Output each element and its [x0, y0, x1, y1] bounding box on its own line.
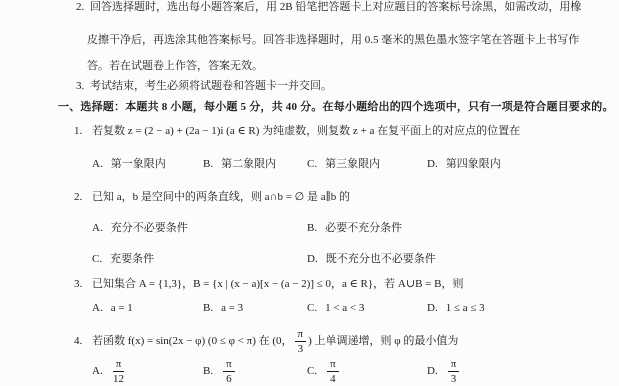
- question-text: 已知集合 A = {1,3}，B = {x | (x − a)[x − (a −…: [92, 278, 463, 290]
- option-a: A.充分不必要条件: [92, 221, 307, 236]
- exam-page: 2.回答选择题时，选出每小题答案后，用 2B 铅笔把答题卡上对应题目的答案标号涂…: [0, 0, 619, 386]
- fraction-numerator: π: [448, 358, 460, 372]
- fraction-denominator: 12: [113, 372, 125, 385]
- fraction-denominator: 3: [448, 372, 460, 385]
- instruction-number: 3.: [76, 79, 90, 94]
- question-2-options-row-1: A.充分不必要条件 B.必要不充分条件: [92, 221, 402, 236]
- option-text: a = 3: [221, 302, 243, 314]
- option-text: 1 < a < 3: [325, 302, 364, 314]
- option-d: D.π3: [427, 358, 461, 385]
- option-label: C.: [92, 253, 102, 265]
- instruction-text: 答。若在试题卷上作答，答案无效。: [87, 60, 263, 72]
- fraction: π6: [223, 358, 235, 385]
- question-1-options: A.第一象限内 B.第二象限内 C.第三象限内 D.第四象限内: [92, 157, 501, 172]
- fraction: π3: [295, 328, 307, 355]
- question-number: 3.: [74, 277, 92, 292]
- option-text: 第三象限内: [325, 158, 380, 170]
- instruction-item-2-line-2: 皮擦干净后，再选涂其他答案标号。回答非选择题时，用 0.5 毫米的黑色墨水签字笔…: [87, 33, 579, 48]
- option-c: C.第三象限内: [307, 157, 427, 172]
- option-text: 第二象限内: [221, 158, 276, 170]
- option-text: a = 1: [111, 302, 133, 314]
- fraction: π4: [327, 358, 339, 385]
- question-3-options: A.a = 1 B.a = 3 C.1 < a < 3 D.1 ≤ a ≤ 3: [92, 301, 485, 316]
- option-label: C.: [307, 158, 317, 170]
- question-4-stem: 4.若函数 f(x) = sin(2x − φ) (0 ≤ φ < π) 在 (…: [74, 328, 458, 355]
- option-text: 既不充分也不必要条件: [326, 253, 436, 265]
- option-label: D.: [427, 302, 438, 314]
- fraction-numerator: π: [223, 358, 235, 372]
- question-text-pre: 若函数 f(x) = sin(2x − φ) (0 ≤ φ < π) 在 (0，: [92, 335, 293, 347]
- option-label: A.: [92, 365, 103, 377]
- option-d: D.1 ≤ a ≤ 3: [427, 301, 485, 316]
- option-label: D.: [427, 365, 438, 377]
- instruction-item-2-line-1: 2.回答选择题时，选出每小题答案后，用 2B 铅笔把答题卡上对应题目的答案标号涂…: [76, 0, 581, 15]
- option-text: 充分不必要条件: [111, 222, 188, 234]
- option-label: C.: [307, 302, 317, 314]
- option-d: D.既不充分也不必要条件: [307, 252, 436, 267]
- question-4-options: A.π12 B.π6 C.π4 D.π3: [92, 358, 461, 385]
- option-label: A.: [92, 158, 103, 170]
- fraction-numerator: π: [327, 358, 339, 372]
- section-header: 一、选择题：本题共 8 小题，每小题 5 分，共 40 分。在每小题给出的四个选…: [58, 100, 614, 115]
- question-text-post: ) 上单调递增，则 φ 的最小值为: [308, 335, 458, 347]
- option-label: D.: [427, 158, 438, 170]
- option-text: 必要不充分条件: [325, 222, 402, 234]
- option-label: D.: [307, 253, 318, 265]
- instruction-number: 2.: [76, 0, 90, 15]
- instruction-item-2-line-3: 答。若在试题卷上作答，答案无效。: [87, 59, 263, 74]
- option-a: A.第一象限内: [92, 157, 203, 172]
- option-label: B.: [307, 222, 317, 234]
- option-b: B.a = 3: [203, 301, 307, 316]
- question-number: 4.: [74, 334, 92, 349]
- option-label: C.: [307, 365, 317, 377]
- question-number: 1.: [74, 124, 92, 139]
- question-2-options-row-2: C.充要条件 D.既不充分也不必要条件: [92, 252, 436, 267]
- option-label: A.: [92, 222, 103, 234]
- question-text: 若复数 z = (2 − a) + (2a − 1)i (a ∈ R) 为纯虚数…: [92, 125, 520, 137]
- question-2-stem: 2.已知 a，b 是空间中的两条直线，则 a∩b = ∅ 是 a∥b 的: [74, 190, 350, 205]
- option-text: 第四象限内: [446, 158, 501, 170]
- fraction-denominator: 4: [327, 372, 339, 385]
- fraction: π12: [113, 358, 125, 385]
- question-text: 已知 a，b 是空间中的两条直线，则 a∩b = ∅ 是 a∥b 的: [92, 191, 350, 203]
- question-1-stem: 1.若复数 z = (2 − a) + (2a − 1)i (a ∈ R) 为纯…: [74, 124, 520, 139]
- option-b: B.π6: [203, 358, 307, 385]
- question-3-stem: 3.已知集合 A = {1,3}，B = {x | (x − a)[x − (a…: [74, 277, 463, 292]
- option-label: A.: [92, 302, 103, 314]
- fraction-numerator: π: [295, 328, 307, 342]
- option-a: A.π12: [92, 358, 203, 385]
- option-c: C.π4: [307, 358, 427, 385]
- option-text: 第一象限内: [111, 158, 166, 170]
- fraction-numerator: π: [113, 358, 125, 372]
- instruction-text: 考试结束，考生必须将试题卷和答题卡一并交回。: [90, 80, 332, 92]
- option-a: A.a = 1: [92, 301, 203, 316]
- option-label: B.: [203, 302, 213, 314]
- option-d: D.第四象限内: [427, 157, 501, 172]
- option-c: C.充要条件: [92, 252, 307, 267]
- question-number: 2.: [74, 190, 92, 205]
- option-text: 充要条件: [110, 253, 154, 265]
- instruction-text: 皮擦干净后，再选涂其他答案标号。回答非选择题时，用 0.5 毫米的黑色墨水签字笔…: [87, 34, 579, 46]
- option-label: B.: [203, 365, 213, 377]
- option-text: 1 ≤ a ≤ 3: [446, 302, 485, 314]
- fraction-denominator: 6: [223, 372, 235, 385]
- fraction: π3: [448, 358, 460, 385]
- option-label: B.: [203, 158, 213, 170]
- fraction-denominator: 3: [295, 342, 307, 355]
- instruction-text: 回答选择题时，选出每小题答案后，用 2B 铅笔把答题卡上对应题目的答案标号涂黑，…: [90, 1, 581, 13]
- option-b: B.必要不充分条件: [307, 221, 402, 236]
- instruction-item-3: 3.考试结束，考生必须将试题卷和答题卡一并交回。: [76, 79, 332, 94]
- option-c: C.1 < a < 3: [307, 301, 427, 316]
- option-b: B.第二象限内: [203, 157, 307, 172]
